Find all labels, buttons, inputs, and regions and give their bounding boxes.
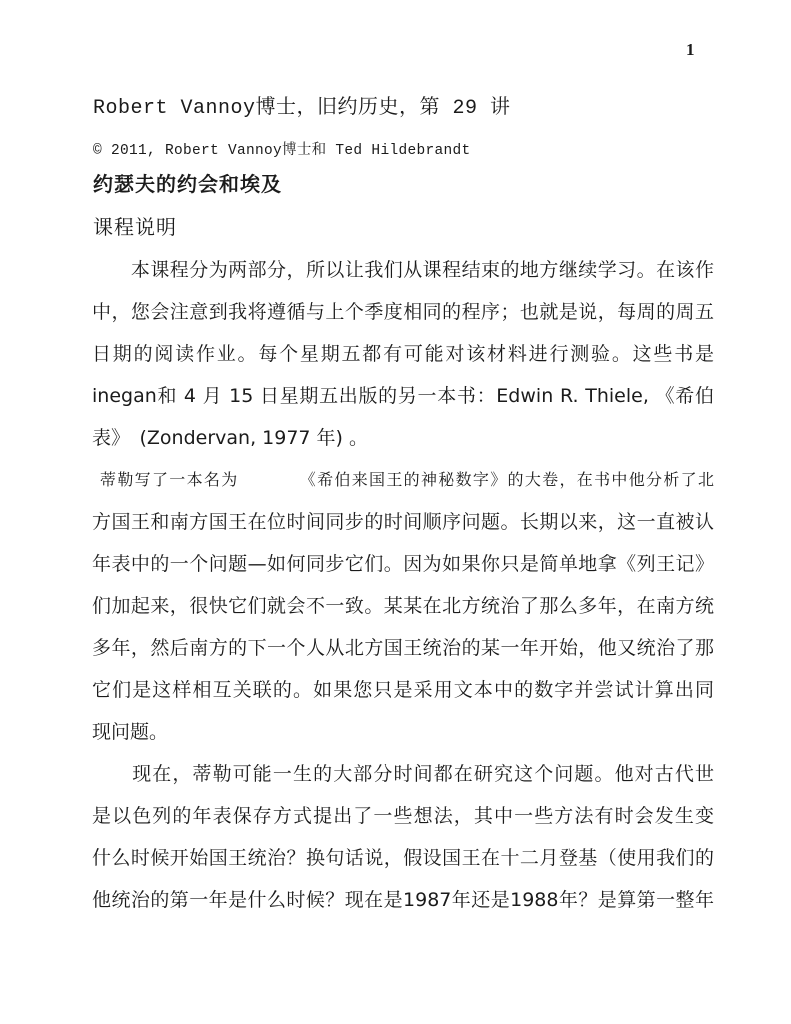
text-line: 蒂勒写了一本名为 《希伯来国王的神秘数字》的大卷，在书中他分析了北 — [92, 459, 714, 501]
text-line: 它们是这样相互关联的。如果您只是采用文本中的数字并尝试计算出同步，则会出 — [92, 669, 714, 711]
paragraph-2: 蒂勒写了一本名为 《希伯来国王的神秘数字》的大卷，在书中他分析了北 方国王和南方… — [92, 459, 714, 753]
text-line: 什么时候开始国王统治？换句话说，假设国王在十二月登基（使用我们的日历）。 — [92, 837, 714, 879]
text-line: 本课程分为两部分，所以让我们从课程结束的地方继续学习。在该作业计划 — [92, 249, 714, 291]
text-line: 日期的阅读作业。每个星期五都有可能对该材料进行测验。这些书是 Schultz、 … — [92, 333, 714, 375]
paragraph-1: 本课程分为两部分，所以让我们从课程结束的地方继续学习。在该作业计划 中，您会注意… — [92, 249, 714, 459]
text-line: 中，您会注意到我将遵循与上个季度相同的程序；也就是说，每周的周五都有截止 — [92, 291, 714, 333]
text-line: 们加起来，很快它们就会不一致。某某在北方统治了那么多年，在南方统治了那么 — [92, 585, 714, 627]
paragraph-3: 现在，蒂勒可能一生的大部分时间都在研究这个问题。他对古代世界，特别 是以色列的年… — [92, 753, 714, 921]
text-line: 年表中的一个问题—如何同步它们。因为如果你只是简单地拿《列王记》开始将它 — [92, 543, 714, 585]
page-number: 1 — [686, 40, 695, 60]
text-line: 多年，然后南方的下一个人从北方国王统治的某一年开始，他又统治了那么多年。 — [92, 627, 714, 669]
text-line: 他统治的第一年是什么时候？现在是1987年还是1988年？是算第一整年呢，还是把 — [92, 879, 714, 921]
text-line: 表》 (Zondervan, 1977 年) 。 — [92, 417, 714, 459]
doc-title: Robert Vannoy博士，旧约历史，第 29 讲 — [93, 90, 511, 120]
section-heading: 课程说明 — [93, 211, 177, 240]
body-text: 本课程分为两部分，所以让我们从课程结束的地方继续学习。在该作业计划 中，您会注意… — [92, 249, 714, 921]
document-page: 1 Robert Vannoy博士，旧约历史，第 29 讲 © 2011, Ro… — [0, 0, 791, 1024]
text-line: 方国王和南方国王在位时间同步的时间顺序问题。长期以来，这一直被认为是圣经 — [92, 501, 714, 543]
lecture-title: 约瑟夫的约会和埃及 — [93, 168, 282, 197]
text-line: inegan和 4 月 15 日星期五出版的另一本书：Edwin R. Thie… — [92, 375, 714, 417]
copyright-line: © 2011, Robert Vannoy博士和 Ted Hildebrandt — [93, 138, 470, 159]
text-line: 现问题。 — [92, 711, 714, 753]
text-line: 现在，蒂勒可能一生的大部分时间都在研究这个问题。他对古代世界，特别 — [92, 753, 714, 795]
text-line: 是以色列的年表保存方式提出了一些想法，其中一些方法有时会发生变化。比如： — [92, 795, 714, 837]
